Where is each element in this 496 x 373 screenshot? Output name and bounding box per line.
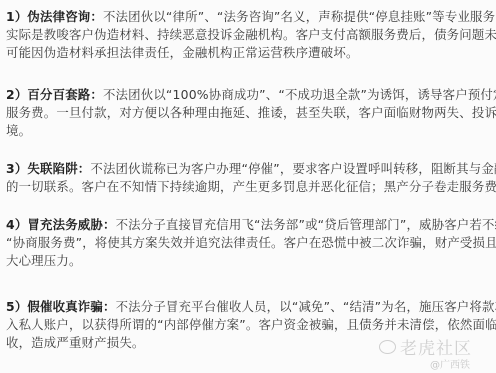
section-text: 不法团伙以“100%协商成功”、“不成功退全款”为诱饵，诱导客户预付定金或	[103, 87, 496, 102]
section-text: 实际是教唆客户伪造材料、持续恶意投诉金融机构。客户支付高额服务费后，债务问题未解…	[6, 26, 492, 44]
section-text: 不法团伙谎称已为客户办理“停催”，要求客户设置呼叫转移，阻断其与金融机构	[90, 161, 496, 176]
section-2: 2）百分百套路：不法团伙以“100%协商成功”、“不成功退全款”为诱饵，诱导客户…	[6, 86, 492, 141]
section-text: 服务费。一旦付款，对方便以各种理由拖延、推诿，甚至失联，客户面临财物两失、投诉无…	[6, 104, 492, 122]
section-1: 1）伪法律咨询：不法团伙以“律所”、“法务咨询”名义，声称提供“停息挂账”等专业…	[6, 8, 492, 63]
section-text: 入私人账户，以获得所谓的“内部停催方案”。客户资金被骗，且债务并未清偿，依然面临…	[6, 316, 492, 334]
chat-bubble-icon	[379, 340, 396, 354]
section-text: “协商服务费”，将使其方案失效并追究法律责任。客户在恐慌中被二次诈骗，财产受损且…	[6, 234, 492, 252]
section-title: 4）冒充法务威胁：	[6, 217, 116, 232]
section-text: 的一切联系。客户在不知情下持续逾期，产生更多罚息并恶化征信；黑产分子卷走服务费后…	[6, 178, 492, 196]
section-text: 大心理压力。	[6, 252, 492, 270]
section-3: 3）失联陷阱：不法团伙谎称已为客户办理“停催”，要求客户设置呼叫转移，阻断其与金…	[6, 160, 492, 196]
section-text: 可能因伪造材料承担法律责任，金融机构正常运营秩序遭破坏。	[6, 44, 492, 62]
section-text: 不法分子冒充平台催收人员，以“减免”、“结清”为名，施压客户将款项转	[116, 299, 496, 314]
section-4: 4）冒充法务威胁：不法分子直接冒充信用飞“法务部”或“贷后管理部门”，威胁客户若…	[6, 216, 492, 271]
section-title: 1）伪法律咨询：	[6, 9, 103, 24]
section-text: 不法分子直接冒充信用飞“法务部”或“贷后管理部门”，威胁客户若不缴纳	[116, 217, 496, 232]
section-title: 5）假催收真诈骗：	[6, 299, 116, 314]
section-title: 2）百分百套路：	[6, 87, 103, 102]
watermark-author: @广西铁	[430, 356, 470, 371]
section-title: 3）失联陷阱：	[6, 161, 90, 176]
section-text: 不法团伙以“律所”、“法务咨询”名义，声称提供“停息挂账”等专业服务，	[103, 9, 496, 24]
section-text: 境。	[6, 122, 492, 140]
